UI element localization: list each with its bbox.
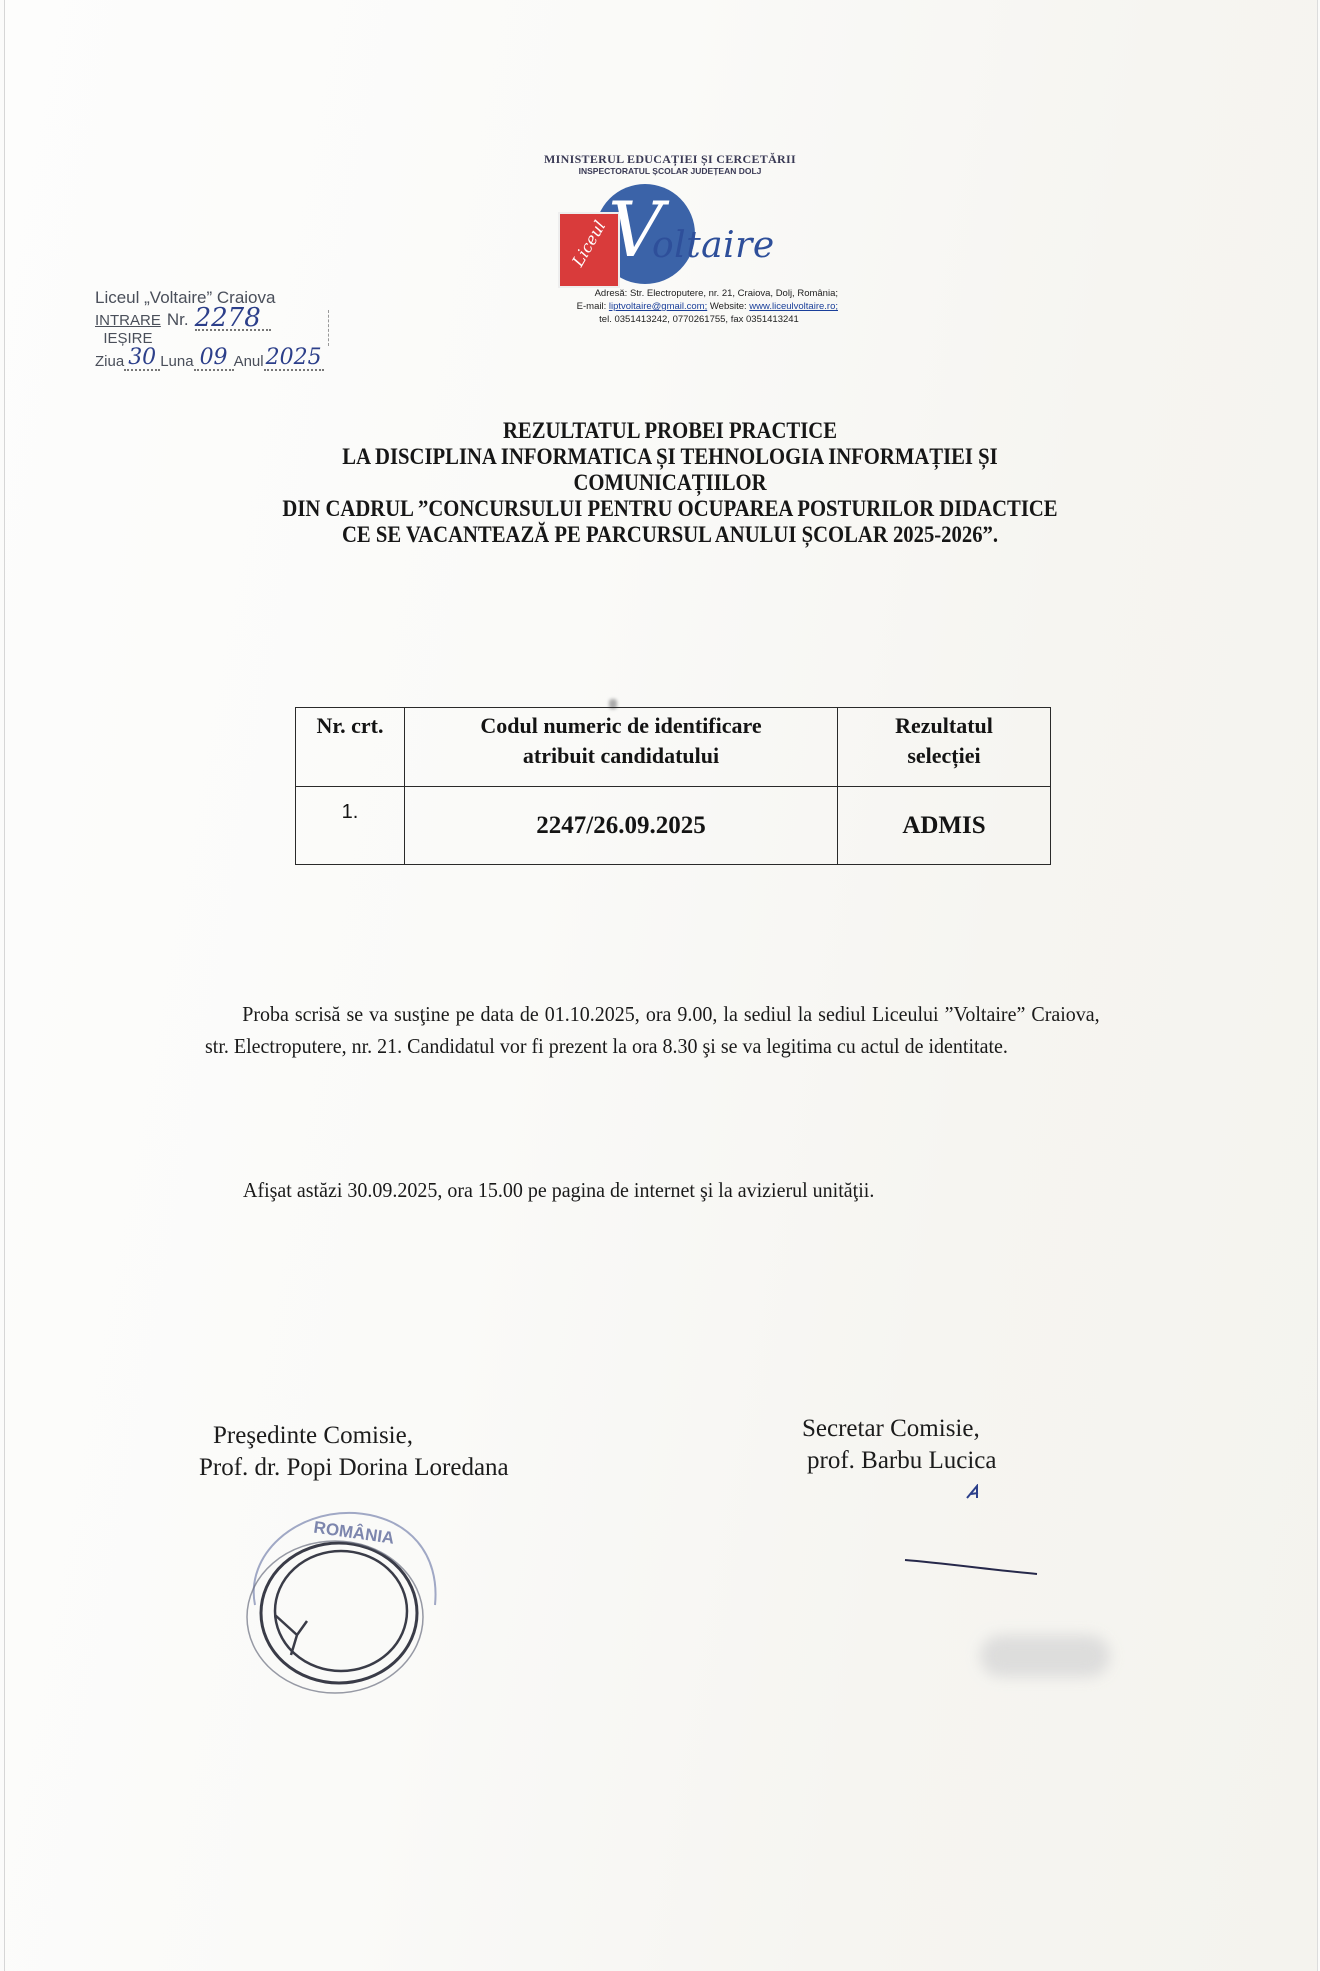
president-signature-block: Preşedinte Comisie, Prof. dr. Popi Dorin…: [213, 1420, 509, 1484]
registry-day-label: Ziua: [95, 352, 124, 371]
title-line-2: LA DISCIPLINA INFORMATICA ȘI TEHNOLOGIA …: [208, 444, 1132, 470]
school-address: Adresă: Str. Electroputere, nr. 21, Crai…: [500, 287, 838, 300]
secretary-name: prof. Barbu Lucica: [807, 1445, 997, 1477]
president-role: Preşedinte Comisie,: [213, 1420, 509, 1452]
signature-mark: [965, 1484, 985, 1500]
secretary-signature-stroke: [903, 1556, 1039, 1576]
registry-entry-label: INTRARE: [95, 312, 161, 329]
document-title: REZULTATUL PROBEI PRACTICE LA DISCIPLINA…: [208, 418, 1132, 548]
logo-square-text: Liceul: [568, 217, 609, 269]
website-link[interactable]: www.liceulvoltaire.ro;: [749, 301, 838, 312]
cell-code: 2247/26.09.2025: [405, 787, 838, 865]
official-seal-stamp: ROMÂNIA: [235, 1495, 455, 1695]
letterhead: MINISTERUL EDUCAȚIEI ȘI CERCETĂRII INSPE…: [500, 153, 840, 326]
email-label: E-mail:: [577, 301, 607, 312]
registry-stamp: Liceul „Voltaire” Craiova INTRARE IEȘIRE…: [95, 288, 324, 371]
email-link[interactable]: liptvoltaire@gmail.com;: [609, 301, 707, 312]
registry-nr-value: 2278: [195, 307, 271, 331]
inspectorate-name: INSPECTORATUL ȘCOLAR JUDEȚEAN DOLJ: [500, 166, 840, 176]
posting-notice: Afişat astăzi 30.09.2025, ora 15.00 pe p…: [243, 1178, 874, 1203]
school-logo: Liceul V oltaire: [540, 182, 800, 287]
registry-month-label: Luna: [160, 352, 193, 371]
website-label: Website:: [710, 301, 747, 312]
school-address-block: Adresă: Str. Electroputere, nr. 21, Crai…: [500, 287, 838, 326]
registry-nr-label: Nr.: [167, 310, 189, 329]
results-table: Nr. crt. Codul numeric de identificare a…: [295, 707, 1051, 865]
registry-year-label: Anul: [234, 352, 264, 371]
exam-info-paragraph: Proba scrisă se va susţine pe data de 01…: [205, 998, 1100, 1062]
document-page: MINISTERUL EDUCAȚIEI ȘI CERCETĂRII INSPE…: [4, 0, 1318, 1971]
secretary-role: Secretar Comisie,: [802, 1413, 997, 1445]
president-name: Prof. dr. Popi Dorina Loredana: [199, 1452, 509, 1484]
ministry-name: MINISTERUL EDUCAȚIEI ȘI CERCETĂRII: [500, 153, 840, 166]
cell-nr: 1.: [296, 787, 405, 865]
school-contacts: E-mail: liptvoltaire@gmail.com; Website:…: [500, 300, 838, 313]
secretary-signature-block: Secretar Comisie, prof. Barbu Lucica: [802, 1413, 997, 1477]
header-result: Rezultatul selecției: [838, 708, 1051, 787]
header-result-line-2: selecției: [839, 741, 1049, 771]
registry-year-value: 2025: [264, 347, 324, 371]
registry-number-row: INTRARE IEȘIRE Nr. 2278: [95, 307, 324, 347]
registry-month-value: 09: [194, 347, 234, 371]
header-code-line-2: atribuit candidatului: [406, 741, 836, 771]
header-nr: Nr. crt.: [296, 708, 405, 787]
header-result-line-1: Rezultatul: [839, 711, 1049, 741]
school-phones: tel. 0351413242, 0770261755, fax 0351413…: [500, 313, 838, 326]
cell-result: ADMIS: [838, 787, 1051, 865]
table-row: 1. 2247/26.09.2025 ADMIS: [296, 787, 1051, 865]
registry-day-value: 30: [124, 347, 160, 371]
registry-date-row: Ziua 30 Luna 09 Anul 2025: [95, 347, 324, 371]
header-code: Codul numeric de identificare atribuit c…: [405, 708, 838, 787]
title-line-4: DIN CADRUL ”CONCURSULUI PENTRU OCUPAREA …: [208, 496, 1132, 522]
title-line-3: COMUNICAȚIILOR: [208, 470, 1132, 496]
title-line-5: CE SE VACANTEAZĂ PE PARCURSUL ANULUI ȘCO…: [208, 522, 1132, 548]
header-code-line-1: Codul numeric de identificare: [406, 711, 836, 741]
registry-dashed-border: [328, 310, 330, 346]
blurred-signature-region: [980, 1635, 1110, 1677]
table-header-row: Nr. crt. Codul numeric de identificare a…: [296, 708, 1051, 787]
title-line-1: REZULTATUL PROBEI PRACTICE: [208, 418, 1132, 444]
exam-info-text: Proba scrisă se va susţine pe data de 01…: [205, 1002, 1100, 1058]
logo-wordmark: oltaire: [652, 226, 775, 266]
